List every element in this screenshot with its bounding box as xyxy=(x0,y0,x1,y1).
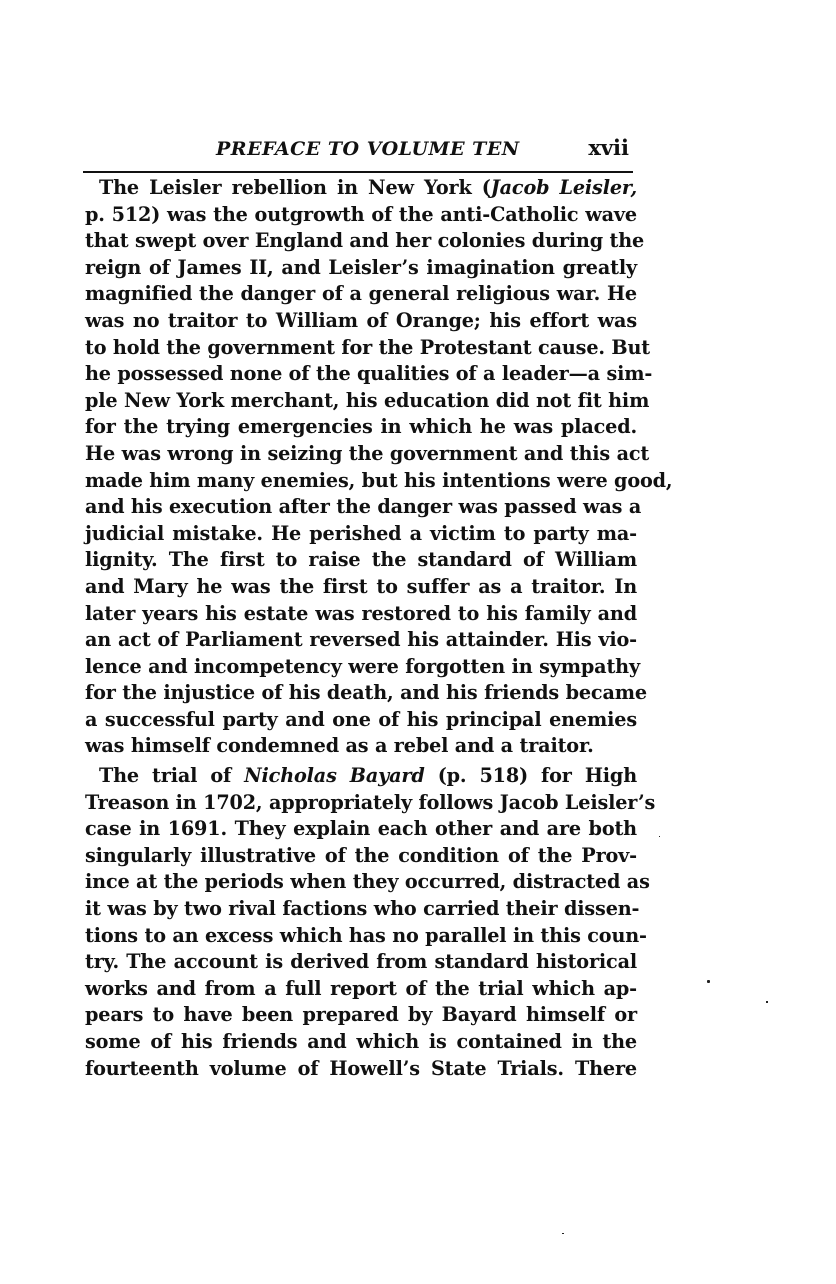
text-run: (p. 518) for High xyxy=(425,764,637,787)
text-run: lignity. The first to raise the standard… xyxy=(85,548,637,571)
text-line: Treason in 1702, appropriately follows J… xyxy=(85,790,637,817)
text-line: to hold the government for the Protestan… xyxy=(85,335,637,362)
text-run: ple New York merchant, his education did… xyxy=(85,389,649,412)
text-run: p. 512) was the outgrowth of the anti-Ca… xyxy=(85,203,637,226)
text-line: fourteenth volume of Howell’s State Tria… xyxy=(85,1056,637,1083)
text-line: He was wrong in seizing the government a… xyxy=(85,441,637,468)
text-run: for the trying emergencies in which he w… xyxy=(85,415,637,438)
text-line: pears to have been prepared by Bayard hi… xyxy=(85,1002,637,1029)
running-head: PREFACE TO VOLUME TEN xvii xyxy=(85,136,637,166)
text-run: lence and incompetency were forgotten in… xyxy=(85,655,640,678)
text-line: The trial of Nicholas Bayard (p. 518) fo… xyxy=(85,763,637,790)
text-run: He was wrong in seizing the government a… xyxy=(85,442,649,465)
page-number: xvii xyxy=(588,135,629,161)
text-run: reign of James II, and Leisler’s imagina… xyxy=(85,256,637,279)
text-line: was himself condemned as a rebel and a t… xyxy=(85,733,637,760)
text-run: some of his friends and which is contain… xyxy=(85,1030,637,1053)
text-run: fourteenth volume of Howell’s State Tria… xyxy=(85,1057,637,1080)
text-run: and his execution after the danger was p… xyxy=(85,495,641,518)
paragraph: The trial of Nicholas Bayard (p. 518) fo… xyxy=(85,763,637,1082)
text-line: an act of Parliament reversed his attain… xyxy=(85,627,637,654)
text-run: was no traitor to William of Orange; his… xyxy=(85,309,637,332)
text-line: later years his estate was restored to h… xyxy=(85,601,637,628)
text-run: an act of Parliament reversed his attain… xyxy=(85,628,637,651)
text-line: magnified the danger of a general religi… xyxy=(85,281,637,308)
scan-speck xyxy=(766,1001,768,1003)
paragraph: The Leisler rebellion in New York (Jacob… xyxy=(85,175,637,760)
text-run: pears to have been prepared by Bayard hi… xyxy=(85,1003,637,1026)
text-run: it was by two rival factions who carried… xyxy=(85,897,639,920)
text-run: magnified the danger of a general religi… xyxy=(85,282,637,305)
scan-speck xyxy=(562,1233,564,1234)
text-run: ince at the periods when they occurred, … xyxy=(85,870,650,893)
text-run: later years his estate was restored to h… xyxy=(85,602,637,625)
header-rule xyxy=(83,171,633,173)
text-line: made him many enemies, but his intention… xyxy=(85,468,637,495)
text-line: ple New York merchant, his education did… xyxy=(85,388,637,415)
text-run: Treason in 1702, appropriately follows J… xyxy=(85,791,655,814)
scan-speck xyxy=(659,836,660,837)
text-line: for the injustice of his death, and his … xyxy=(85,680,637,707)
text-line: a successful party and one of his princi… xyxy=(85,707,637,734)
text-run: judicial mistake. He perished a victim t… xyxy=(85,522,637,545)
text-line: and Mary he was the first to suffer as a… xyxy=(85,574,637,601)
text-run: try. The account is derived from standar… xyxy=(85,950,637,973)
text-line: it was by two rival factions who carried… xyxy=(85,896,637,923)
text-run: works and from a full report of the tria… xyxy=(85,977,637,1000)
italic-title: Jacob Leisler, xyxy=(491,176,637,199)
text-run: that swept over England and her colonies… xyxy=(85,229,644,252)
text-line: some of his friends and which is contain… xyxy=(85,1029,637,1056)
text-line: he possessed none of the qualities of a … xyxy=(85,361,637,388)
text-run: was himself condemned as a rebel and a t… xyxy=(85,734,594,757)
scan-speck xyxy=(707,980,710,983)
text-run: for the injustice of his death, and his … xyxy=(85,681,647,704)
text-line: judicial mistake. He perished a victim t… xyxy=(85,521,637,548)
text-line: tions to an excess which has no parallel… xyxy=(85,923,637,950)
text-run: tions to an excess which has no parallel… xyxy=(85,924,647,947)
text-run: The trial of xyxy=(99,764,244,787)
running-title: PREFACE TO VOLUME TEN xyxy=(216,136,520,162)
text-line: and his execution after the danger was p… xyxy=(85,494,637,521)
text-run: a successful party and one of his princi… xyxy=(85,708,637,731)
text-line: that swept over England and her colonies… xyxy=(85,228,637,255)
text-line: try. The account is derived from standar… xyxy=(85,949,637,976)
text-line: case in 1691. They explain each other an… xyxy=(85,816,637,843)
text-run: singularly illustrative of the condition… xyxy=(85,844,637,867)
text-line: reign of James II, and Leisler’s imagina… xyxy=(85,255,637,282)
text-run: made him many enemies, but his intention… xyxy=(85,469,672,492)
body-text: The Leisler rebellion in New York (Jacob… xyxy=(85,175,637,1082)
italic-title: Nicholas Bayard xyxy=(244,764,425,787)
text-line: ince at the periods when they occurred, … xyxy=(85,869,637,896)
text-line: was no traitor to William of Orange; his… xyxy=(85,308,637,335)
text-line: for the trying emergencies in which he w… xyxy=(85,414,637,441)
book-page: PREFACE TO VOLUME TEN xvii The Leisler r… xyxy=(85,136,637,1082)
text-line: singularly illustrative of the condition… xyxy=(85,843,637,870)
text-line: works and from a full report of the tria… xyxy=(85,976,637,1003)
text-line: lignity. The first to raise the standard… xyxy=(85,547,637,574)
text-line: lence and incompetency were forgotten in… xyxy=(85,654,637,681)
text-run: and Mary he was the first to suffer as a… xyxy=(85,575,637,598)
text-run: to hold the government for the Protestan… xyxy=(85,336,650,359)
text-line: The Leisler rebellion in New York (Jacob… xyxy=(85,175,637,202)
text-run: The Leisler rebellion in New York ( xyxy=(99,176,491,199)
text-run: he possessed none of the qualities of a … xyxy=(85,362,652,385)
text-line: p. 512) was the outgrowth of the anti-Ca… xyxy=(85,202,637,229)
text-run: case in 1691. They explain each other an… xyxy=(85,817,637,840)
